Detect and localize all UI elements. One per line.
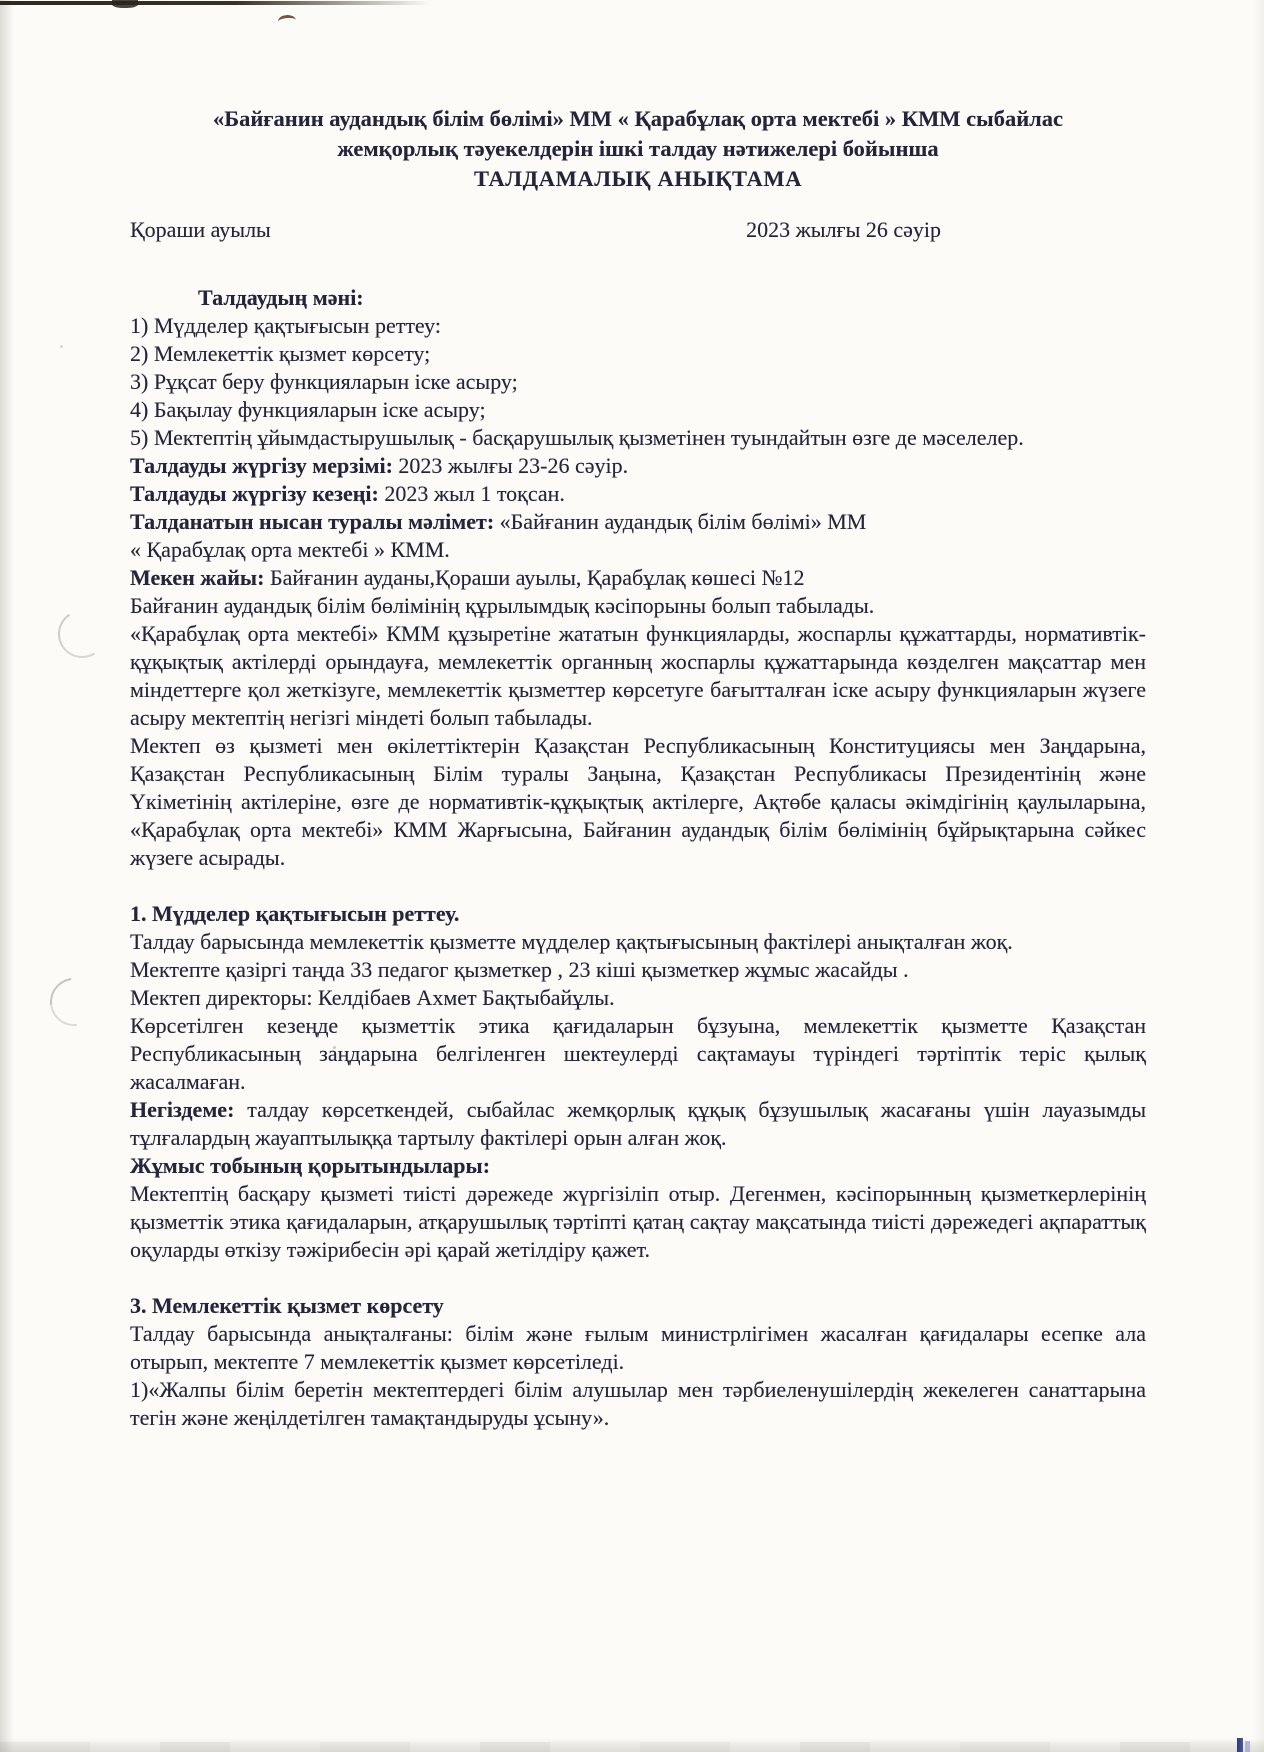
object-info-value: «Байғанин аудандық білім бөлімі» ММ (494, 509, 866, 534)
structure-note: Байғанин аудандық білім бөлімінің құрылы… (130, 592, 1146, 620)
analysis-term-label: Талдауды жүргізу мерзімі: (130, 453, 393, 478)
subject-item-4: 4) Бақылау функцияларын іске асыру; (130, 396, 1146, 424)
section-1-heading: 1. Мүдделер қақтығысын реттеу. (130, 900, 1146, 928)
object-info-line-2: « Қарабұлақ орта мектебі » КММ. (130, 536, 1146, 564)
scan-top-edge-spot (112, 0, 138, 8)
section-3-heading: 3. Мемлекеттік қызмет көрсету (130, 1292, 1146, 1320)
subject-item-1: 1) Мүдделер қақтығысын реттеу: (130, 312, 1146, 340)
scan-blue-mark-light (1245, 1741, 1250, 1752)
scan-top-edge-shadow (0, 1, 430, 5)
mission-paragraph: «Қарабұлақ орта мектебі» КММ құзыретіне … (130, 620, 1146, 732)
place-date-row: Қораши ауылы 2023 жылғы 26 сәуір (130, 216, 1146, 244)
workgroup-conclusions-heading: Жұмыс тобының қорытындылары: (130, 1152, 1146, 1180)
pen-squiggle-mark (277, 14, 296, 28)
conclusion-paragraph: Мектептің басқару қызметі тиісті дәрежед… (130, 1180, 1146, 1264)
document-date: 2023 жылғы 26 сәуір (746, 216, 941, 244)
analysis-period-label: Талдауды жүргізу кезеңі: (130, 481, 379, 506)
analysis-period-value: 2023 жыл 1 тоқсан. (379, 481, 565, 506)
address-label: Мекен жайы: (130, 565, 264, 590)
scan-blue-mark (1237, 1738, 1243, 1752)
subject-item-5: 5) Мектептің ұйымдастырушылық - басқаруш… (130, 424, 1146, 452)
basis-text: талдау көрсеткендей, сыбайлас жемқорлық … (130, 1097, 1146, 1150)
object-info: Талданатын нысан туралы мәлімет: «Байған… (130, 508, 1146, 536)
analysis-term-value: 2023 жылғы 23-26 сәуір. (393, 453, 628, 478)
basis-paragraph: Негіздеме: талдау көрсеткендей, сыбайлас… (130, 1096, 1146, 1152)
document-title-line-3: ТАЛДАМАЛЫҚ АНЫҚТАМА (130, 164, 1146, 194)
legal-basis-paragraph: Мектеп өз қызметі мен өкілеттіктерін Қаз… (130, 732, 1146, 872)
subject-heading: Талдаудың мәні: (130, 284, 1146, 312)
section-1-paragraph-3: Мектеп директоры: Келдібаев Ахмет Бақтыб… (130, 984, 1146, 1012)
scan-speck (333, 1046, 336, 1049)
subject-item-2: 2) Мемлекеттік қызмет көрсету; (130, 340, 1146, 368)
scanned-document-page: «Байғанин аудандық білім бөлімі» ММ « Қа… (0, 0, 1264, 1752)
subject-item-3: 3) Рұқсат беру функцияларын іске асыру; (130, 368, 1146, 396)
address-value: Байғанин ауданы,Қораши ауылы, Қарабұлақ … (264, 565, 804, 590)
scan-bottom-edge-shadow (0, 1742, 1264, 1752)
section-3-paragraph-1: Талдау барысында анықталғаны: білім және… (130, 1320, 1146, 1376)
analysis-period: Талдауды жүргізу кезеңі: 2023 жыл 1 тоқс… (130, 480, 1146, 508)
section-1-paragraph-1: Талдау барысында мемлекеттік қызметте мү… (130, 928, 1146, 956)
place-name: Қораши ауылы (130, 216, 271, 244)
address: Мекен жайы: Байғанин ауданы,Қораши ауылы… (130, 564, 1146, 592)
document-title-line-1: «Байғанин аудандық білім бөлімі» ММ « Қа… (130, 104, 1146, 134)
document-title-line-2: жемқорлық тәуекелдерін ішкі талдау нәтиж… (130, 134, 1146, 164)
scan-speck (575, 946, 579, 950)
document-title: «Байғанин аудандық білім бөлімі» ММ « Қа… (130, 104, 1146, 194)
object-info-label: Талданатын нысан туралы мәлімет: (130, 509, 494, 534)
section-1-paragraph-2: Мектепте қазіргі таңда 33 педагог қызмет… (130, 956, 1146, 984)
scan-speck (60, 345, 63, 348)
basis-label: Негіздеме: (130, 1097, 234, 1122)
analysis-term: Талдауды жүргізу мерзімі: 2023 жылғы 23-… (130, 452, 1146, 480)
hole-punch-mark (54, 606, 111, 663)
section-1-paragraph-4: Көрсетілген кезеңде қызметтік этика қағи… (130, 1012, 1146, 1096)
hole-punch-mark (40, 968, 107, 1035)
section-3-paragraph-2: 1)«Жалпы білім беретін мектептердегі біл… (130, 1376, 1146, 1432)
